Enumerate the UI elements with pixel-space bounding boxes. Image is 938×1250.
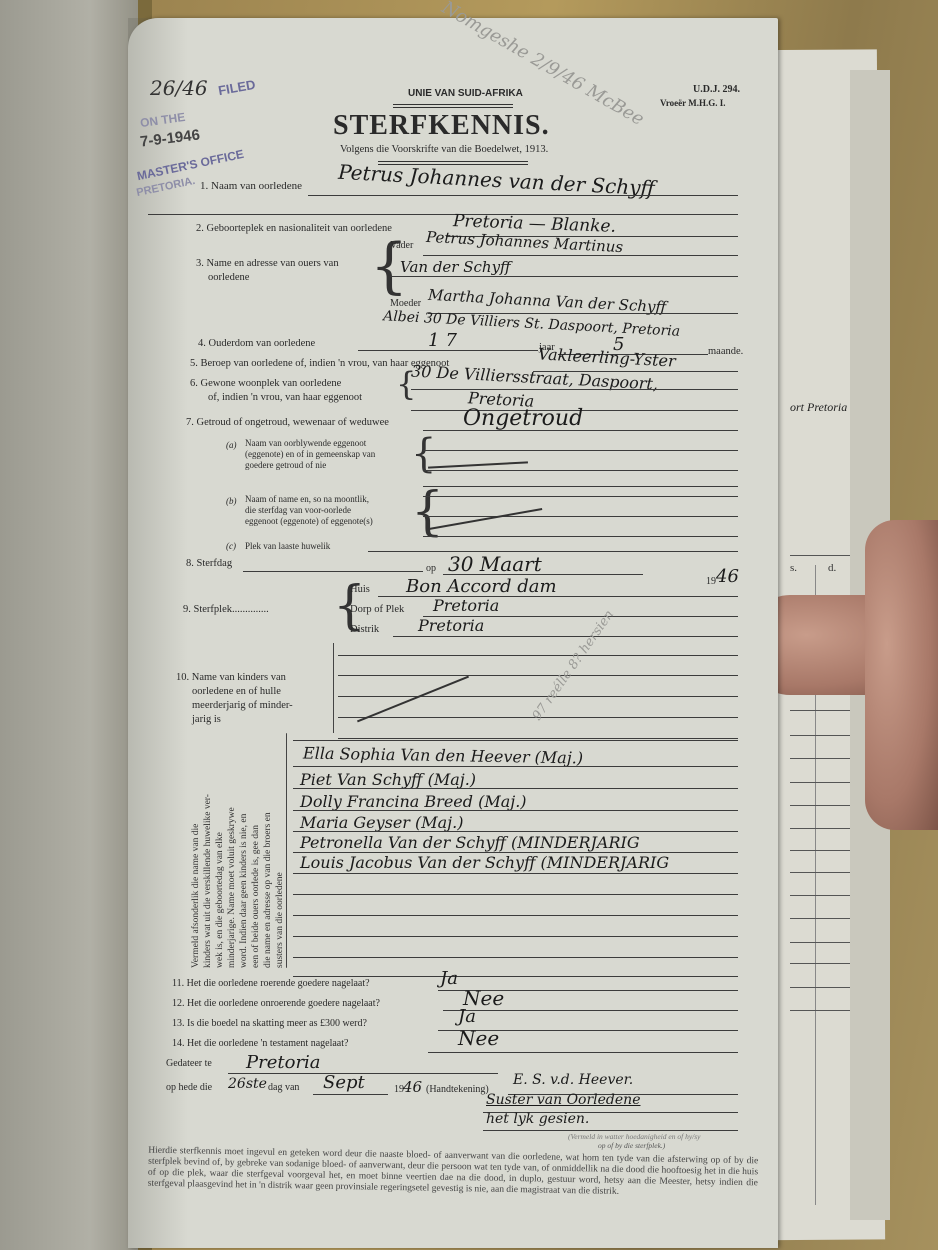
- gedateer-value: Pretoria: [246, 1052, 321, 1073]
- death-notice-form: 26/46 FILED ON THE 7-9-1946 MASTER'S OFF…: [128, 18, 778, 1248]
- field-8-op: op: [426, 563, 436, 574]
- field-1-label: 1. Naam van oorledene: [200, 180, 302, 192]
- field-7a-label-3: goedere getroud of nie: [245, 460, 326, 470]
- header-country: UNIE VAN SUID-AFRIKA: [408, 88, 523, 99]
- gedateer-label: Gedateer te: [166, 1058, 212, 1069]
- sign-caption-2: op of by die sterfplek.): [598, 1141, 665, 1150]
- field-5-value: Vakleerling-Yster: [538, 344, 677, 370]
- field-3-vader-label: Vader: [390, 240, 413, 251]
- field-4-years: 17: [428, 330, 463, 351]
- field-4-label: 4. Ouderdom van oorledene: [198, 338, 315, 349]
- dash-stroke: [428, 461, 528, 468]
- field-7a-label-2: (eggenote) en of in gemeenskap van: [245, 449, 375, 459]
- field-13-value: Ja: [458, 1006, 476, 1027]
- field-9-huis-label: Huis: [350, 584, 370, 595]
- sibling-entry: Dolly Francina Breed (Maj.): [300, 792, 527, 811]
- field-8-label: 8. Sterfdag: [186, 558, 232, 569]
- field-8-year: 46: [716, 566, 739, 587]
- header-form-code: U.D.J. 294.: [693, 84, 740, 95]
- field-9-distrik-label: Distrik: [350, 624, 379, 635]
- field-7a-label-1: Naam van oorblywende eggenoot: [245, 438, 366, 449]
- footer-instructions: Hierdie sterfkennis moet ingevul en gete…: [148, 1146, 759, 1201]
- field-7b-label-1: Naam of name en, so na moontlik,: [245, 494, 369, 504]
- field-9-dorp-value: Pretoria: [433, 596, 499, 615]
- stamp-ref-number: 26/46: [150, 76, 208, 100]
- form-subtitle: Volgens die Voorskrifte van die Boedelwe…: [340, 144, 548, 155]
- field-14-value: Nee: [458, 1026, 499, 1050]
- field-3-label-a: 3. Name en adresse van ouers van: [196, 258, 339, 269]
- field-10-label-1: 10. Name van kinders van: [176, 672, 286, 683]
- field-10-label-4: jarig is: [192, 714, 221, 725]
- hede-label: op hede die: [166, 1082, 212, 1093]
- dag-van-label: dag van: [268, 1082, 299, 1093]
- field-11-label: 11. Het die oorledene roerende goedere n…: [172, 978, 370, 989]
- field-7c-marker: (c): [226, 541, 236, 551]
- field-4-months-label: maande.: [708, 346, 743, 357]
- ledger-col-s: s.: [790, 562, 797, 574]
- field-8-year-prefix: 19: [706, 576, 716, 587]
- field-3-vader-value-2: Van der Schyff: [400, 258, 511, 276]
- hede-month: Sept: [323, 1072, 365, 1093]
- header-form-code-prev: Vroeër M.H.G. I.: [660, 98, 725, 108]
- field-7a-marker: (a): [226, 440, 237, 450]
- field-3-label-b: oorledene: [208, 272, 249, 283]
- field-10-label-2: oorledene en of hulle: [192, 686, 281, 697]
- ledger-col-d: d.: [828, 562, 836, 574]
- underlying-margin-note: ort Pretoria: [790, 400, 847, 415]
- field-7-value: Ongetroud: [463, 406, 583, 431]
- field-11-value: Ja: [440, 968, 458, 989]
- field-6-label-a: 6. Gewone woonplek van oorledene: [190, 378, 341, 389]
- field-14-label: 14. Het die oorledene 'n testament nagel…: [172, 1038, 348, 1049]
- field-13-label: 13. Is die boedel na skatting meer as £3…: [172, 1018, 367, 1029]
- hede-year: 46: [403, 1078, 422, 1096]
- field-2-label: 2. Geboorteplek en nasionaliteit van oor…: [196, 223, 392, 234]
- field-3-moeder-label: Moeder: [390, 298, 421, 309]
- field-7b-label-2: die sterfdag van voor-oorlede: [245, 505, 351, 515]
- field-9-huis-value: Bon Accord dam: [406, 576, 557, 597]
- hede-day: 26ste: [228, 1076, 267, 1092]
- field-7b-marker: (b): [226, 496, 237, 506]
- field-7c-label: Plek van laaste huwelik: [245, 541, 330, 551]
- signature-line-2: Suster van Oorledene: [486, 1092, 640, 1108]
- field-7b-label-3: eggenoot (eggenote) of eggenote(s): [245, 516, 373, 526]
- sibling-entry: Piet Van Schyff (Maj.): [300, 770, 476, 789]
- stamp-filed: FILED: [217, 77, 257, 98]
- sibling-entry: Ella Sophia Van den Heever (Maj.): [303, 744, 583, 768]
- field-9-label: 9. Sterfplek..............: [183, 604, 269, 615]
- signature-line-3: het lyk gesien.: [486, 1111, 589, 1127]
- signature: E. S. v.d. Heever.: [513, 1072, 633, 1088]
- field-8-value: 30 Maart: [448, 552, 542, 576]
- form-title: STERFKENNIS.: [333, 110, 550, 142]
- siblings-instruction: Vermeld afsonderlik die name van die kin…: [190, 794, 286, 968]
- pencil-annotation-children: 97 reélle 8? hersien: [530, 608, 617, 724]
- handtekening-label: (Handtekening): [426, 1084, 489, 1095]
- sibling-entry: Louis Jacobus Van der Schyff (MINDERJARI…: [300, 853, 669, 872]
- sign-caption-1: (Vermeld in watter hoedanigheid en of hy…: [568, 1132, 700, 1141]
- dash-stroke: [357, 676, 469, 723]
- field-9-distrik-value: Pretoria: [418, 616, 484, 635]
- field-10-label-3: meerderjarig of minder-: [192, 700, 293, 711]
- sibling-entry: Petronella Van der Schyff (MINDERJARIG: [300, 833, 640, 852]
- dash-stroke: [429, 508, 543, 530]
- field-12-label: 12. Het die oorledene onroerende goedere…: [172, 998, 380, 1009]
- field-9-dorp-label: Dorp of Plek: [350, 604, 404, 615]
- sibling-entry: Maria Geyser (Maj.): [300, 813, 463, 832]
- field-6-label-b: of, indien 'n vrou, van haar eggenoot: [208, 392, 362, 403]
- hand-palm: [865, 520, 938, 830]
- field-7-label: 7. Getroud of ongetroud, wewenaar of wed…: [186, 417, 389, 428]
